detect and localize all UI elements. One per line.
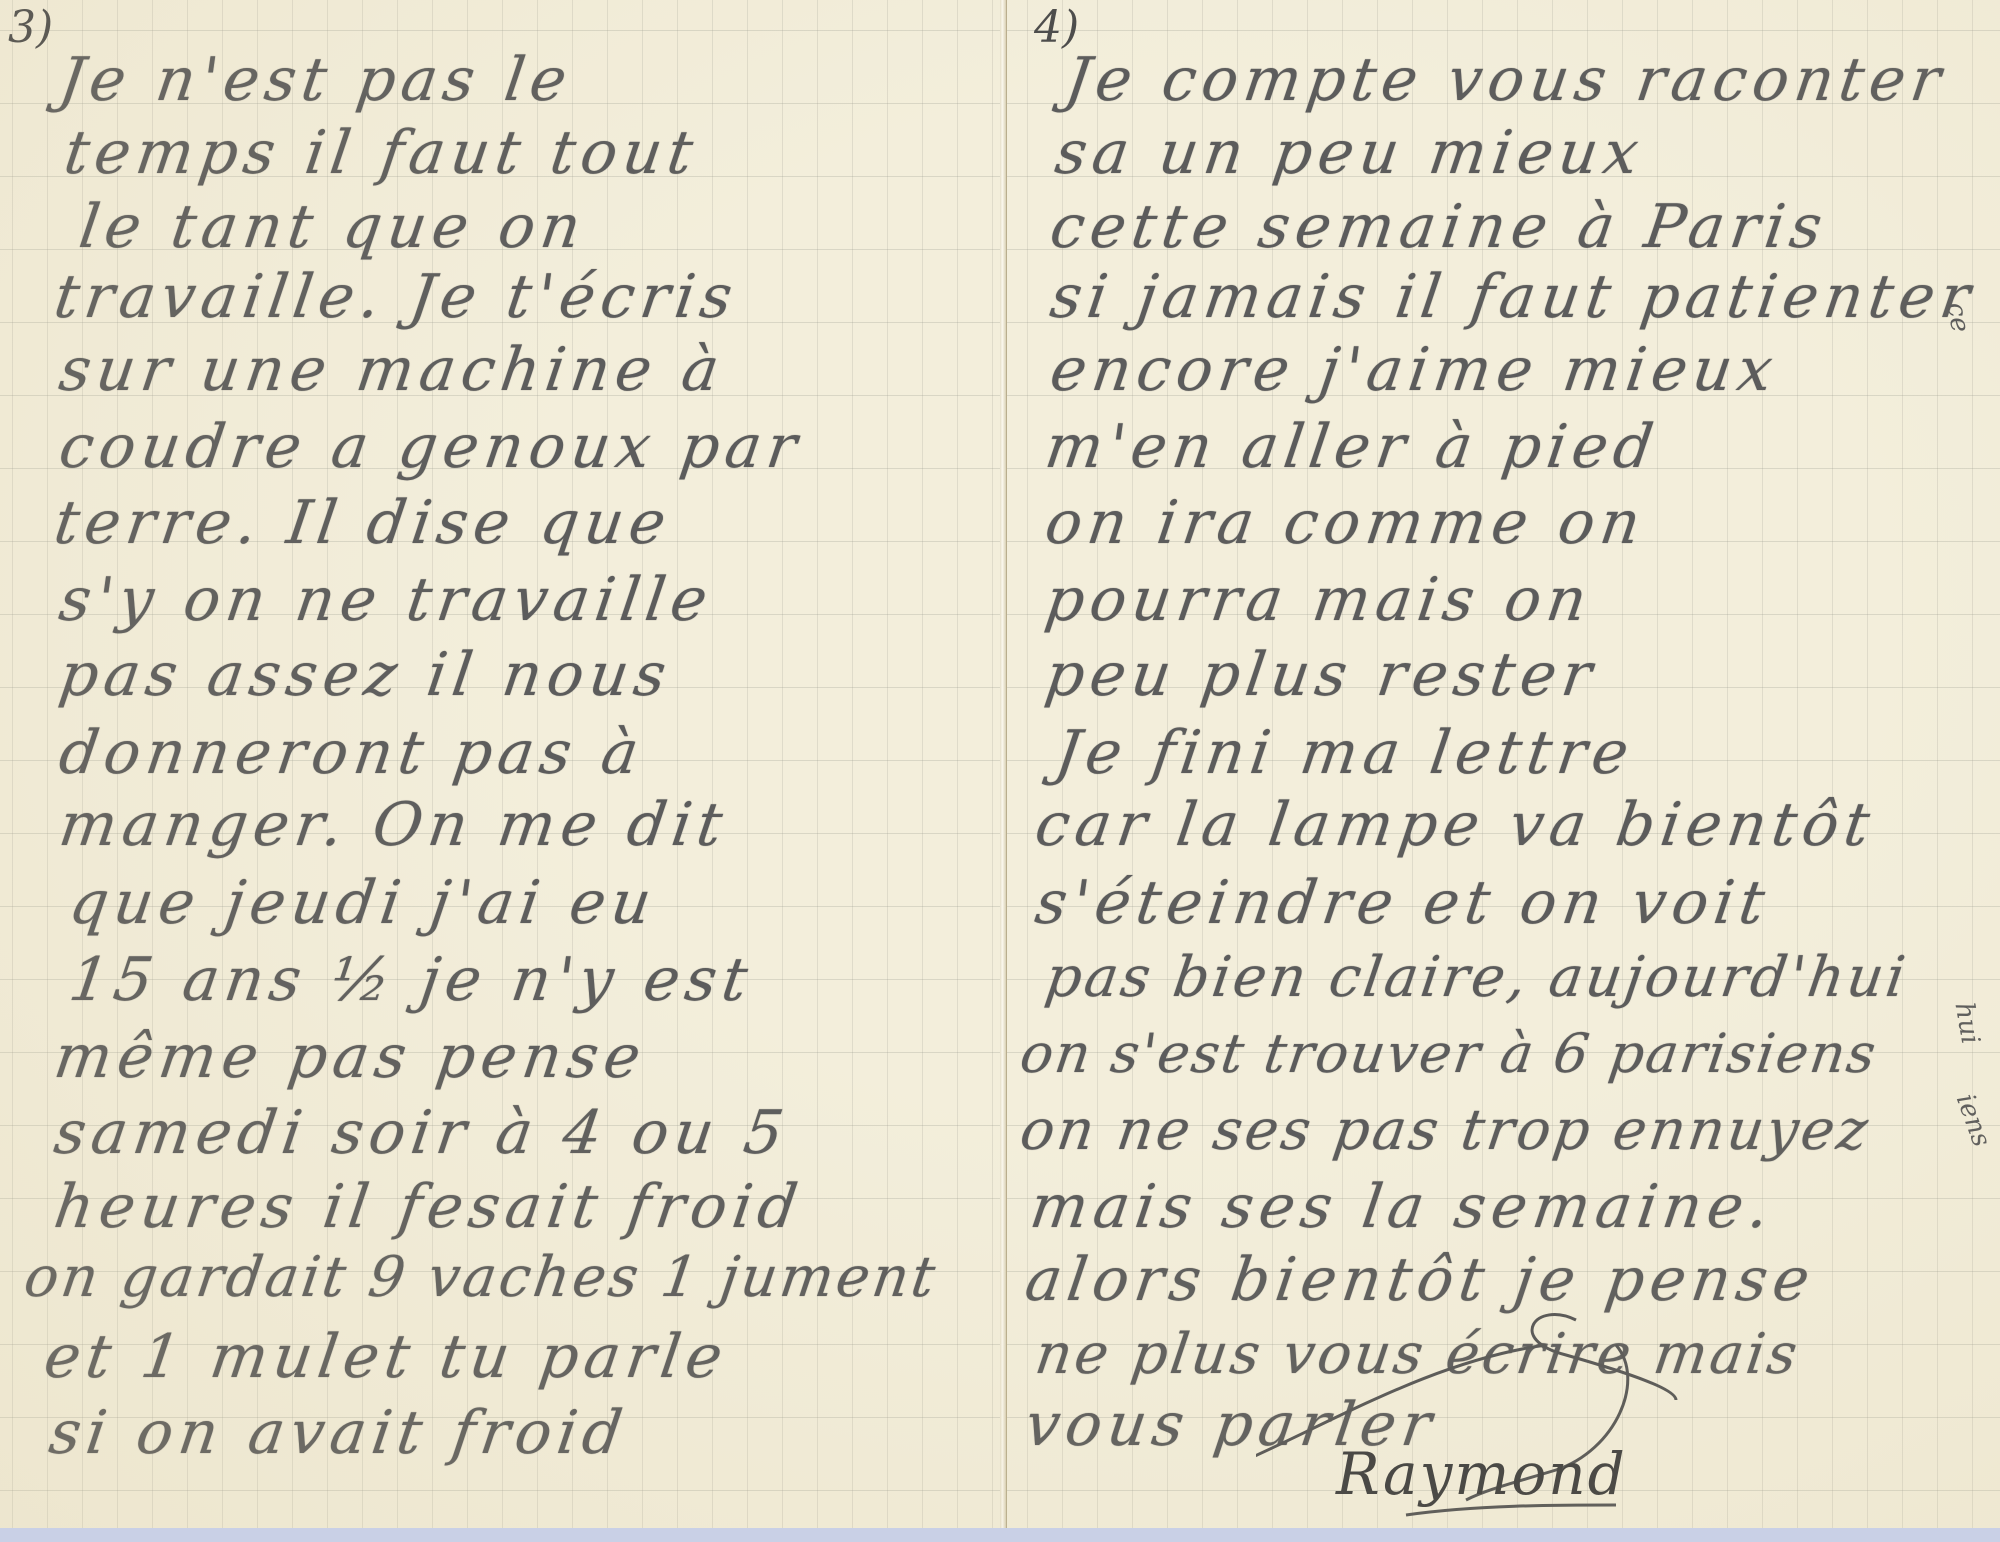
text-line: peu plus rester (1041, 640, 1602, 710)
text-line: sa un peu mieux (1051, 118, 1649, 188)
text-line: mais ses la semaine. (1026, 1172, 1779, 1242)
text-line: terre. Il dise que (50, 488, 676, 558)
text-line: et 1 mulet tu parle (40, 1322, 733, 1392)
text-line: samedi soir à 4 ou 5 (50, 1098, 793, 1168)
text-line: on s'est trouver à 6 parisiens (1017, 1022, 1882, 1085)
left-page: 3) Je n'est pas le temps il faut tout le… (0, 0, 1000, 1528)
right-page: 4) Je compte vous raconter sa un peu mie… (1006, 0, 2000, 1528)
text-line: coudre a genoux par (55, 412, 807, 482)
text-line: 15 ans ½ je n'y est (65, 945, 757, 1015)
text-line: si jamais il faut patienter (1046, 262, 1980, 332)
text-line: même pas pense (50, 1022, 651, 1092)
text-line: encore j'aime mieux (1046, 335, 1783, 405)
signature: Raymond (1336, 1440, 1627, 1508)
text-line: pourra mais on (1041, 565, 1597, 635)
scan-background (0, 1528, 2000, 1542)
text-line: que jeudi j'ai eu (65, 868, 661, 938)
text-line: le tant que on (75, 192, 591, 262)
text-line: heures il fesait froid (50, 1172, 807, 1242)
text-line: Je n'est pas le (55, 45, 577, 115)
text-line: s'y on ne travaille (55, 565, 717, 635)
letter-sheet: 3) Je n'est pas le temps il faut tout le… (0, 0, 2000, 1528)
margin-note: iens (1950, 1090, 1997, 1151)
text-line: s'éteindre et on voit (1031, 868, 1775, 938)
page-number-3: 3) (8, 2, 53, 53)
text-line: manger. On me dit (55, 790, 732, 860)
text-line: m'en aller à pied (1041, 412, 1663, 482)
text-line: on ne ses pas trop ennuyez (1016, 1098, 1874, 1163)
text-line: on gardait 9 vaches 1 jument (20, 1245, 941, 1310)
text-line: car la lampe va bientôt (1031, 790, 1880, 860)
text-line: cette semaine à Paris (1046, 192, 1832, 262)
text-line: Je fini ma lettre (1051, 718, 1639, 788)
text-line: sur une machine à (55, 335, 729, 405)
text-line: Je compte vous raconter (1061, 45, 1951, 115)
text-line: pas assez il nous (55, 640, 676, 710)
text-line: donneront pas à (55, 718, 649, 788)
text-line: pas bien claire, aujourd'hui (1041, 945, 1911, 1010)
text-line: temps il faut tout (60, 118, 703, 188)
text-line: si on avait froid (45, 1398, 632, 1468)
text-line: on ira comme on (1041, 488, 1650, 558)
margin-note: ce (1940, 300, 1975, 335)
margin-note: hui (1948, 1000, 1985, 1046)
text-line: travaille. Je t'écris (50, 262, 742, 332)
